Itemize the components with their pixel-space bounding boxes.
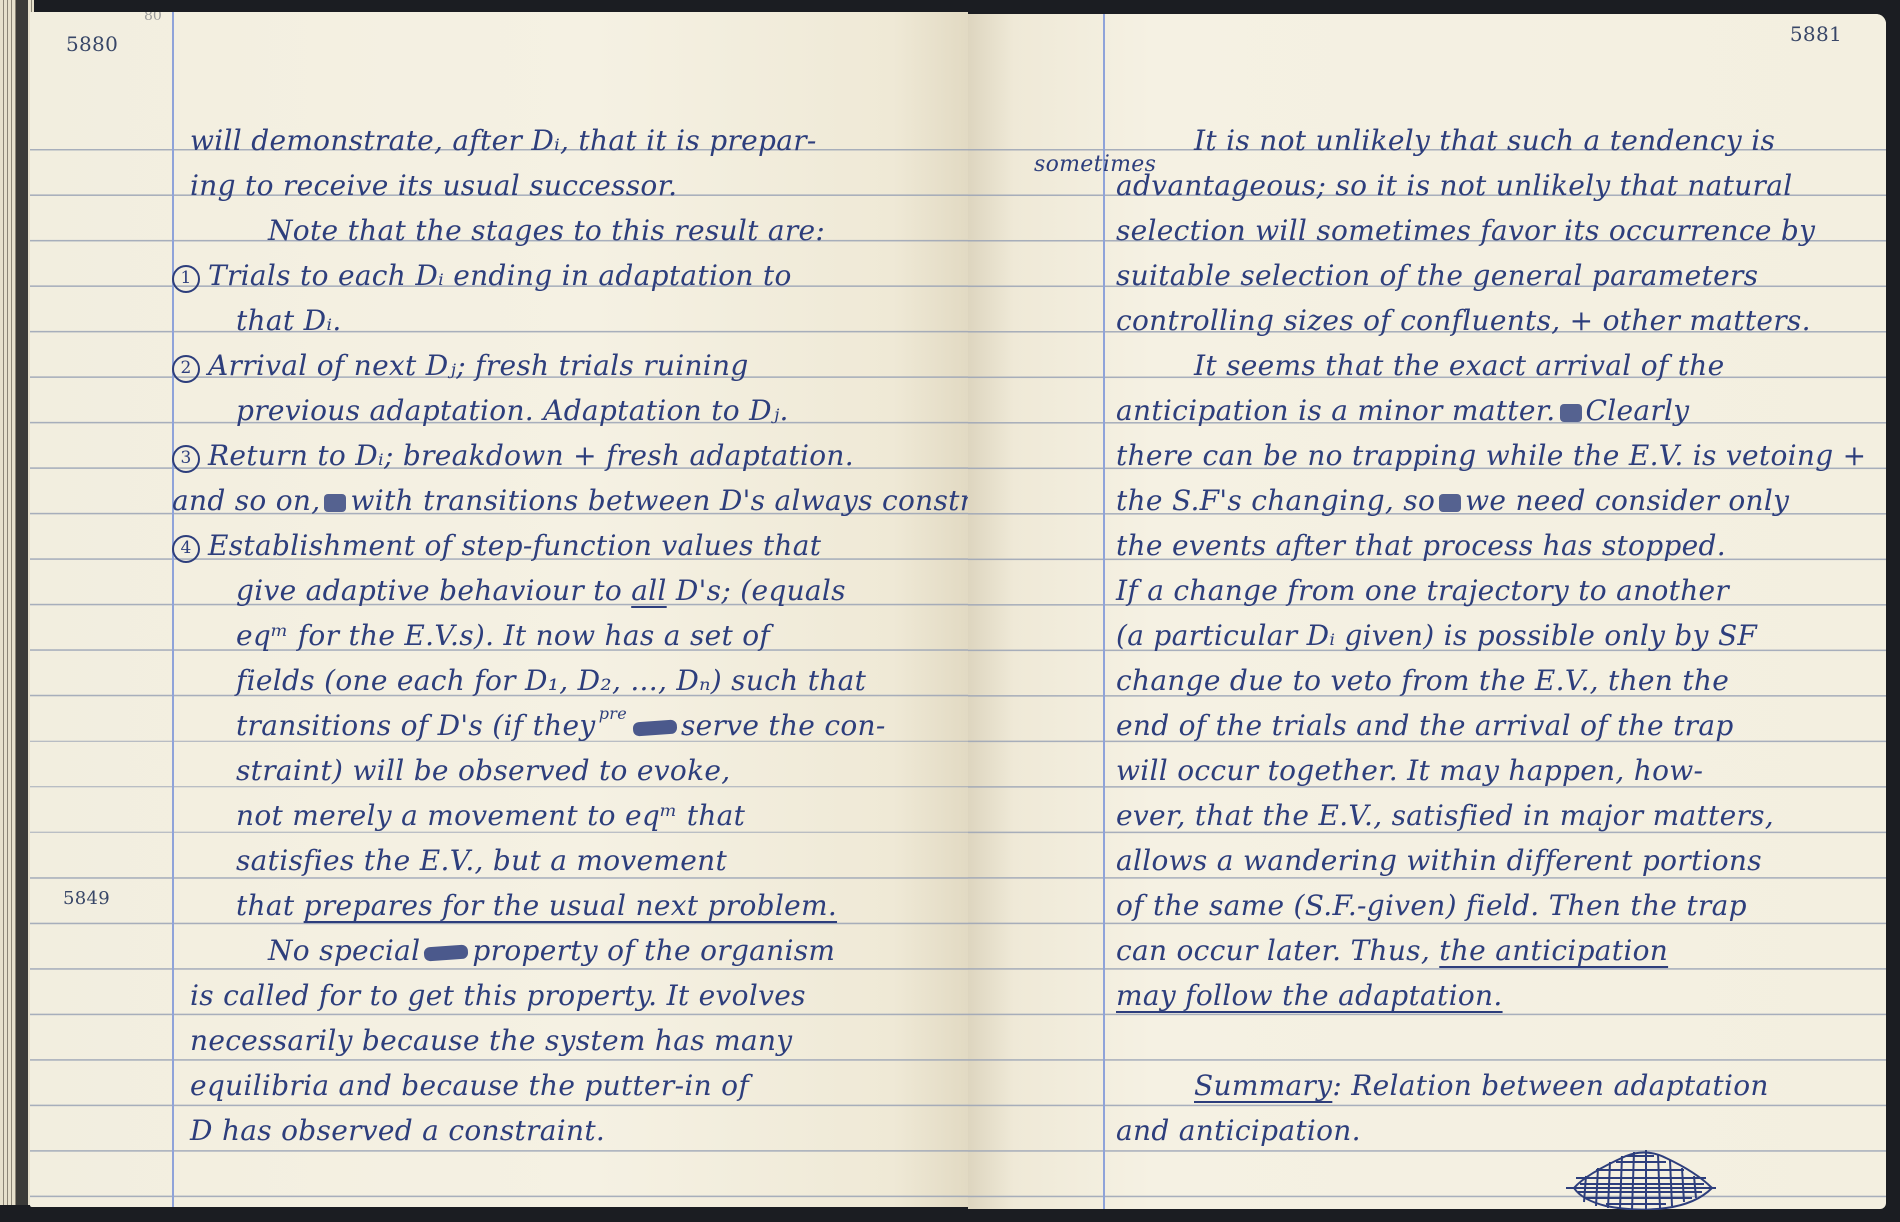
text-line: If a change from one trajectory to anoth… bbox=[1116, 568, 1729, 613]
underlined-text: all bbox=[631, 574, 667, 607]
text-line: selection will sometimes favor its occur… bbox=[1116, 208, 1815, 253]
circled-number-marker: 1 bbox=[172, 265, 200, 293]
text-line: of the same (S.F.-given) field. Then the… bbox=[1116, 883, 1747, 928]
page-number: 5880 bbox=[66, 32, 118, 56]
text-line: ing to receive its usual successor. bbox=[190, 163, 677, 208]
text-line: and so on,with transitions between D's a… bbox=[172, 478, 968, 523]
text-line: ever, that the E.V., satisfied in major … bbox=[1116, 793, 1774, 838]
text-line: there can be no trapping while the E.V. … bbox=[1116, 433, 1866, 478]
summary-heading: Summary: Relation between adaptation bbox=[1116, 1063, 1769, 1108]
page-edges-shadow bbox=[16, 0, 28, 1205]
text-line: transitions of D's (if they preserve the… bbox=[190, 703, 886, 748]
text-line: the S.F's changing, sowe need consider o… bbox=[1116, 478, 1789, 523]
text-line: (a particular Dᵢ given) is possible only… bbox=[1116, 613, 1757, 658]
crossed-out-word bbox=[1439, 494, 1461, 512]
text-line: D has observed a constraint. bbox=[190, 1108, 605, 1153]
inserted-text: pre bbox=[599, 704, 627, 723]
text-line: may follow the adaptation. bbox=[1116, 973, 1503, 1018]
text-line: No specialproperty of the organism bbox=[190, 928, 835, 973]
margin-rule bbox=[172, 12, 174, 1207]
text-line: straint) will be observed to evoke, bbox=[190, 748, 730, 793]
text-line: give adaptive behaviour to all D's; (equ… bbox=[190, 568, 846, 613]
text-line: It is not unlikely that such a tendency … bbox=[1116, 118, 1775, 163]
right-page: 5881 sometimes It is not unlikely that s… bbox=[968, 14, 1886, 1209]
margin-reference: 5849 bbox=[63, 888, 110, 909]
text-line: eqᵐ for the E.V.s). It now has a set of bbox=[190, 613, 770, 658]
list-item: 2Arrival of next Dⱼ; fresh trials ruinin… bbox=[190, 343, 749, 388]
list-item: 4Establishment of step-function values t… bbox=[190, 523, 821, 568]
pencil-note: 80 bbox=[144, 12, 162, 24]
crossed-out-word bbox=[1560, 404, 1582, 422]
text-line: necessarily because the system has many bbox=[190, 1018, 792, 1063]
left-page: 5880 80 5849 will demonstrate, after Dᵢ,… bbox=[30, 12, 968, 1207]
text-line: previous adaptation. Adaptation to Dⱼ. bbox=[190, 388, 789, 433]
circled-number-marker: 2 bbox=[172, 355, 200, 383]
list-item: 3Return to Dᵢ; breakdown + fresh adaptat… bbox=[190, 433, 854, 478]
text-line: and anticipation. bbox=[1116, 1108, 1361, 1153]
text-line: fields (one each for D₁, D₂, ..., Dₙ) su… bbox=[190, 658, 866, 703]
text-line: change due to veto from the E.V., then t… bbox=[1116, 658, 1729, 703]
margin-rule bbox=[1103, 14, 1105, 1209]
text-line: allows a wandering within different port… bbox=[1116, 838, 1762, 883]
text-line: will occur together. It may happen, how- bbox=[1116, 748, 1703, 793]
crossed-out-word bbox=[324, 494, 346, 512]
text-line: the events after that process has stoppe… bbox=[1116, 523, 1726, 568]
text-line: that prepares for the usual next problem… bbox=[190, 883, 837, 928]
text-line: can occur later. Thus, the anticipation bbox=[1116, 928, 1668, 973]
underlined-text: prepares for the usual next problem. bbox=[304, 889, 837, 922]
text-line: that Dᵢ. bbox=[190, 298, 342, 343]
text-line: will demonstrate, after Dᵢ, that it is p… bbox=[190, 118, 817, 163]
crossed-out-word bbox=[633, 719, 678, 736]
page-number: 5881 bbox=[1790, 22, 1842, 46]
underlined-text: may follow the adaptation. bbox=[1116, 979, 1503, 1012]
text-line: suitable selection of the general parame… bbox=[1116, 253, 1758, 298]
crosshatch-flourish-icon bbox=[1566, 1148, 1716, 1210]
underlined-text: Summary bbox=[1194, 1069, 1332, 1102]
text-line: is called for to get this property. It e… bbox=[190, 973, 806, 1018]
text-line: anticipation is a minor matter.Clearly bbox=[1116, 388, 1689, 433]
text-line: not merely a movement to eqᵐ that bbox=[190, 793, 745, 838]
list-item: 1Trials to each Dᵢ ending in adaptation … bbox=[190, 253, 792, 298]
text-line: advantageous; so it is not unlikely that… bbox=[1116, 163, 1792, 208]
text-line: equilibria and because the putter-in of bbox=[190, 1063, 749, 1108]
text-line: end of the trials and the arrival of the… bbox=[1116, 703, 1734, 748]
circled-number-marker: 4 bbox=[172, 535, 200, 563]
text-line: controlling sizes of confluents, + other… bbox=[1116, 298, 1811, 343]
text-line: It seems that the exact arrival of the bbox=[1116, 343, 1724, 388]
text-line: Note that the stages to this result are: bbox=[190, 208, 825, 253]
circled-number-marker: 3 bbox=[172, 445, 200, 473]
crossed-out-word bbox=[424, 944, 469, 961]
underlined-text: the anticipation bbox=[1439, 934, 1668, 967]
text-line: satisfies the E.V., but a movement bbox=[190, 838, 727, 883]
open-notebook: 5880 80 5849 will demonstrate, after Dᵢ,… bbox=[0, 0, 1900, 1222]
